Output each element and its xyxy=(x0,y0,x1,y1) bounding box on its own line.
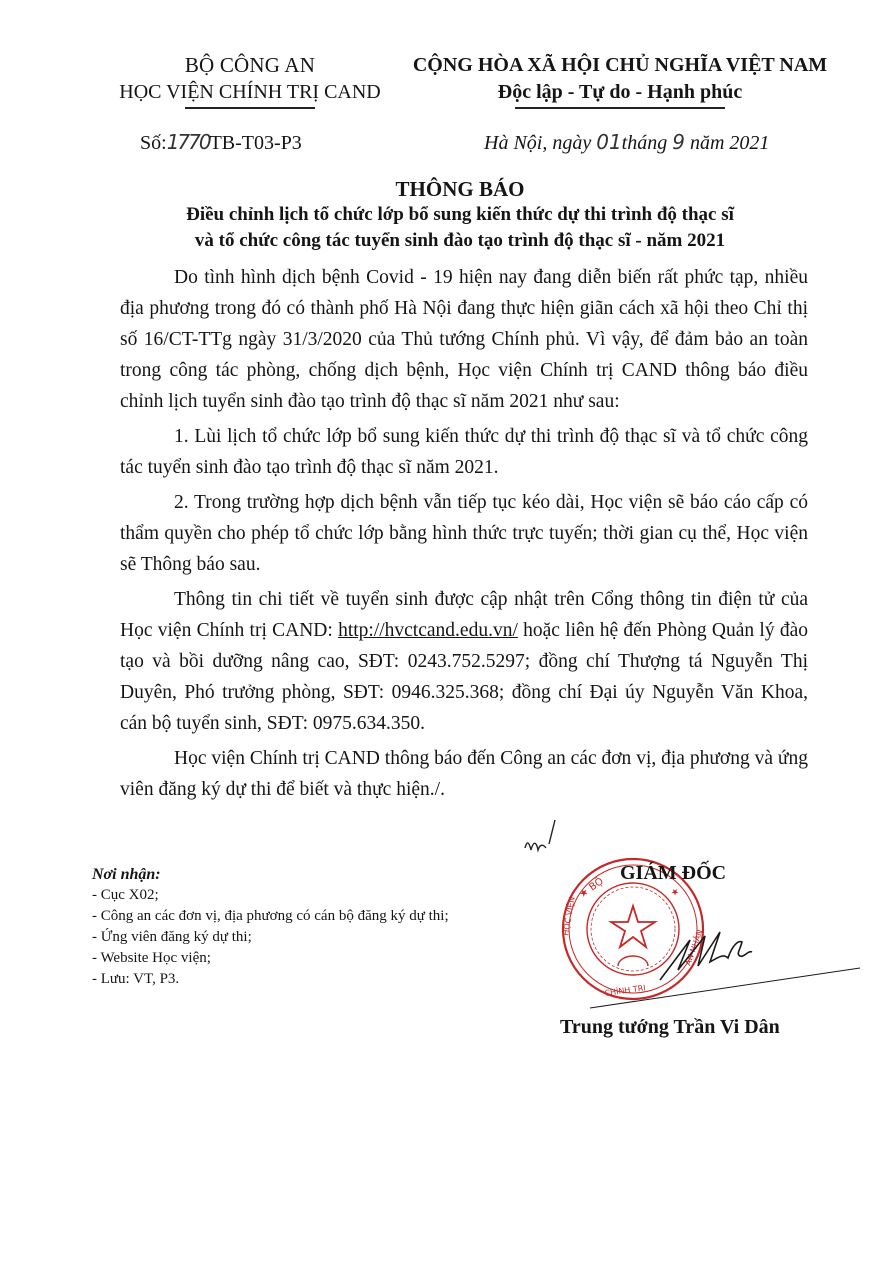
country-name: CỘNG HÒA XÃ HỘI CHỦ NGHĨA VIỆT NAM xyxy=(410,52,830,79)
subtitle-line-2: và tổ chức công tác tuyển sinh đào tạo t… xyxy=(120,228,800,254)
initials-mark xyxy=(515,818,575,858)
doc-number-suffix: TB-T03-P3 xyxy=(210,132,302,154)
issue-date: Hà Nội, ngày 01tháng 9 năm 2021 xyxy=(484,130,769,155)
document-body: Do tình hình dịch bệnh Covid - 19 hiện n… xyxy=(120,262,808,805)
national-motto: Độc lập - Tự do - Hạnh phúc xyxy=(410,79,830,106)
document-subtitle: Điều chỉnh lịch tổ chức lớp bổ sung kiến… xyxy=(120,202,800,254)
paragraph-item-1: 1. Lùi lịch tổ chức lớp bổ sung kiến thứ… xyxy=(120,421,808,483)
institution-underline xyxy=(185,107,315,109)
date-year: năm 2021 xyxy=(685,132,769,154)
recipient-item: - Cục X02; xyxy=(92,885,512,906)
ministry-name: BỘ CÔNG AN xyxy=(90,52,410,79)
paragraph-closing: Học viện Chính trị CAND thông báo đến Cô… xyxy=(120,743,808,805)
recipients-heading: Nơi nhận: xyxy=(92,864,512,885)
institution-name: HỌC VIỆN CHÍNH TRỊ CAND xyxy=(90,79,410,106)
website-link[interactable]: http://hvctcand.edu.vn/ xyxy=(338,620,518,641)
recipient-item: - Website Học viện; xyxy=(92,948,512,969)
recipient-item: - Ứng viên đăng ký dự thi; xyxy=(92,927,512,948)
recipient-item: - Lưu: VT, P3. xyxy=(92,969,512,990)
motto-underline xyxy=(515,107,725,109)
document-title: THÔNG BÁO xyxy=(120,176,800,202)
recipient-item: - Công an các đơn vị, địa phương có cán … xyxy=(92,906,512,927)
date-day: 01 xyxy=(596,130,621,154)
handwritten-signature xyxy=(560,862,880,1022)
recipients-block: Nơi nhận: - Cục X02; - Công an các đơn v… xyxy=(92,864,512,990)
paragraph-intro: Do tình hình dịch bệnh Covid - 19 hiện n… xyxy=(120,262,808,417)
paragraph-item-2: 2. Trong trường hợp dịch bệnh vẫn tiếp t… xyxy=(120,487,808,580)
document-number: Số:1770TB-T03-P3 xyxy=(140,130,302,155)
subtitle-line-1: Điều chỉnh lịch tổ chức lớp bổ sung kiến… xyxy=(120,202,800,228)
date-prefix: Hà Nội, ngày xyxy=(484,132,596,154)
doc-number-prefix: Số: xyxy=(140,132,167,154)
issuing-authority: BỘ CÔNG AN HỌC VIỆN CHÍNH TRỊ CAND xyxy=(90,52,410,109)
date-month: 9 xyxy=(672,130,685,154)
doc-number-handwritten: 1770 xyxy=(167,130,210,154)
national-header: CỘNG HÒA XÃ HỘI CHỦ NGHĨA VIỆT NAM Độc l… xyxy=(410,52,830,109)
date-month-label: tháng xyxy=(622,132,673,154)
paragraph-contact: Thông tin chi tiết về tuyển sinh được cậ… xyxy=(120,584,808,739)
signer-name: Trung tướng Trần Vi Dân xyxy=(560,1016,780,1039)
